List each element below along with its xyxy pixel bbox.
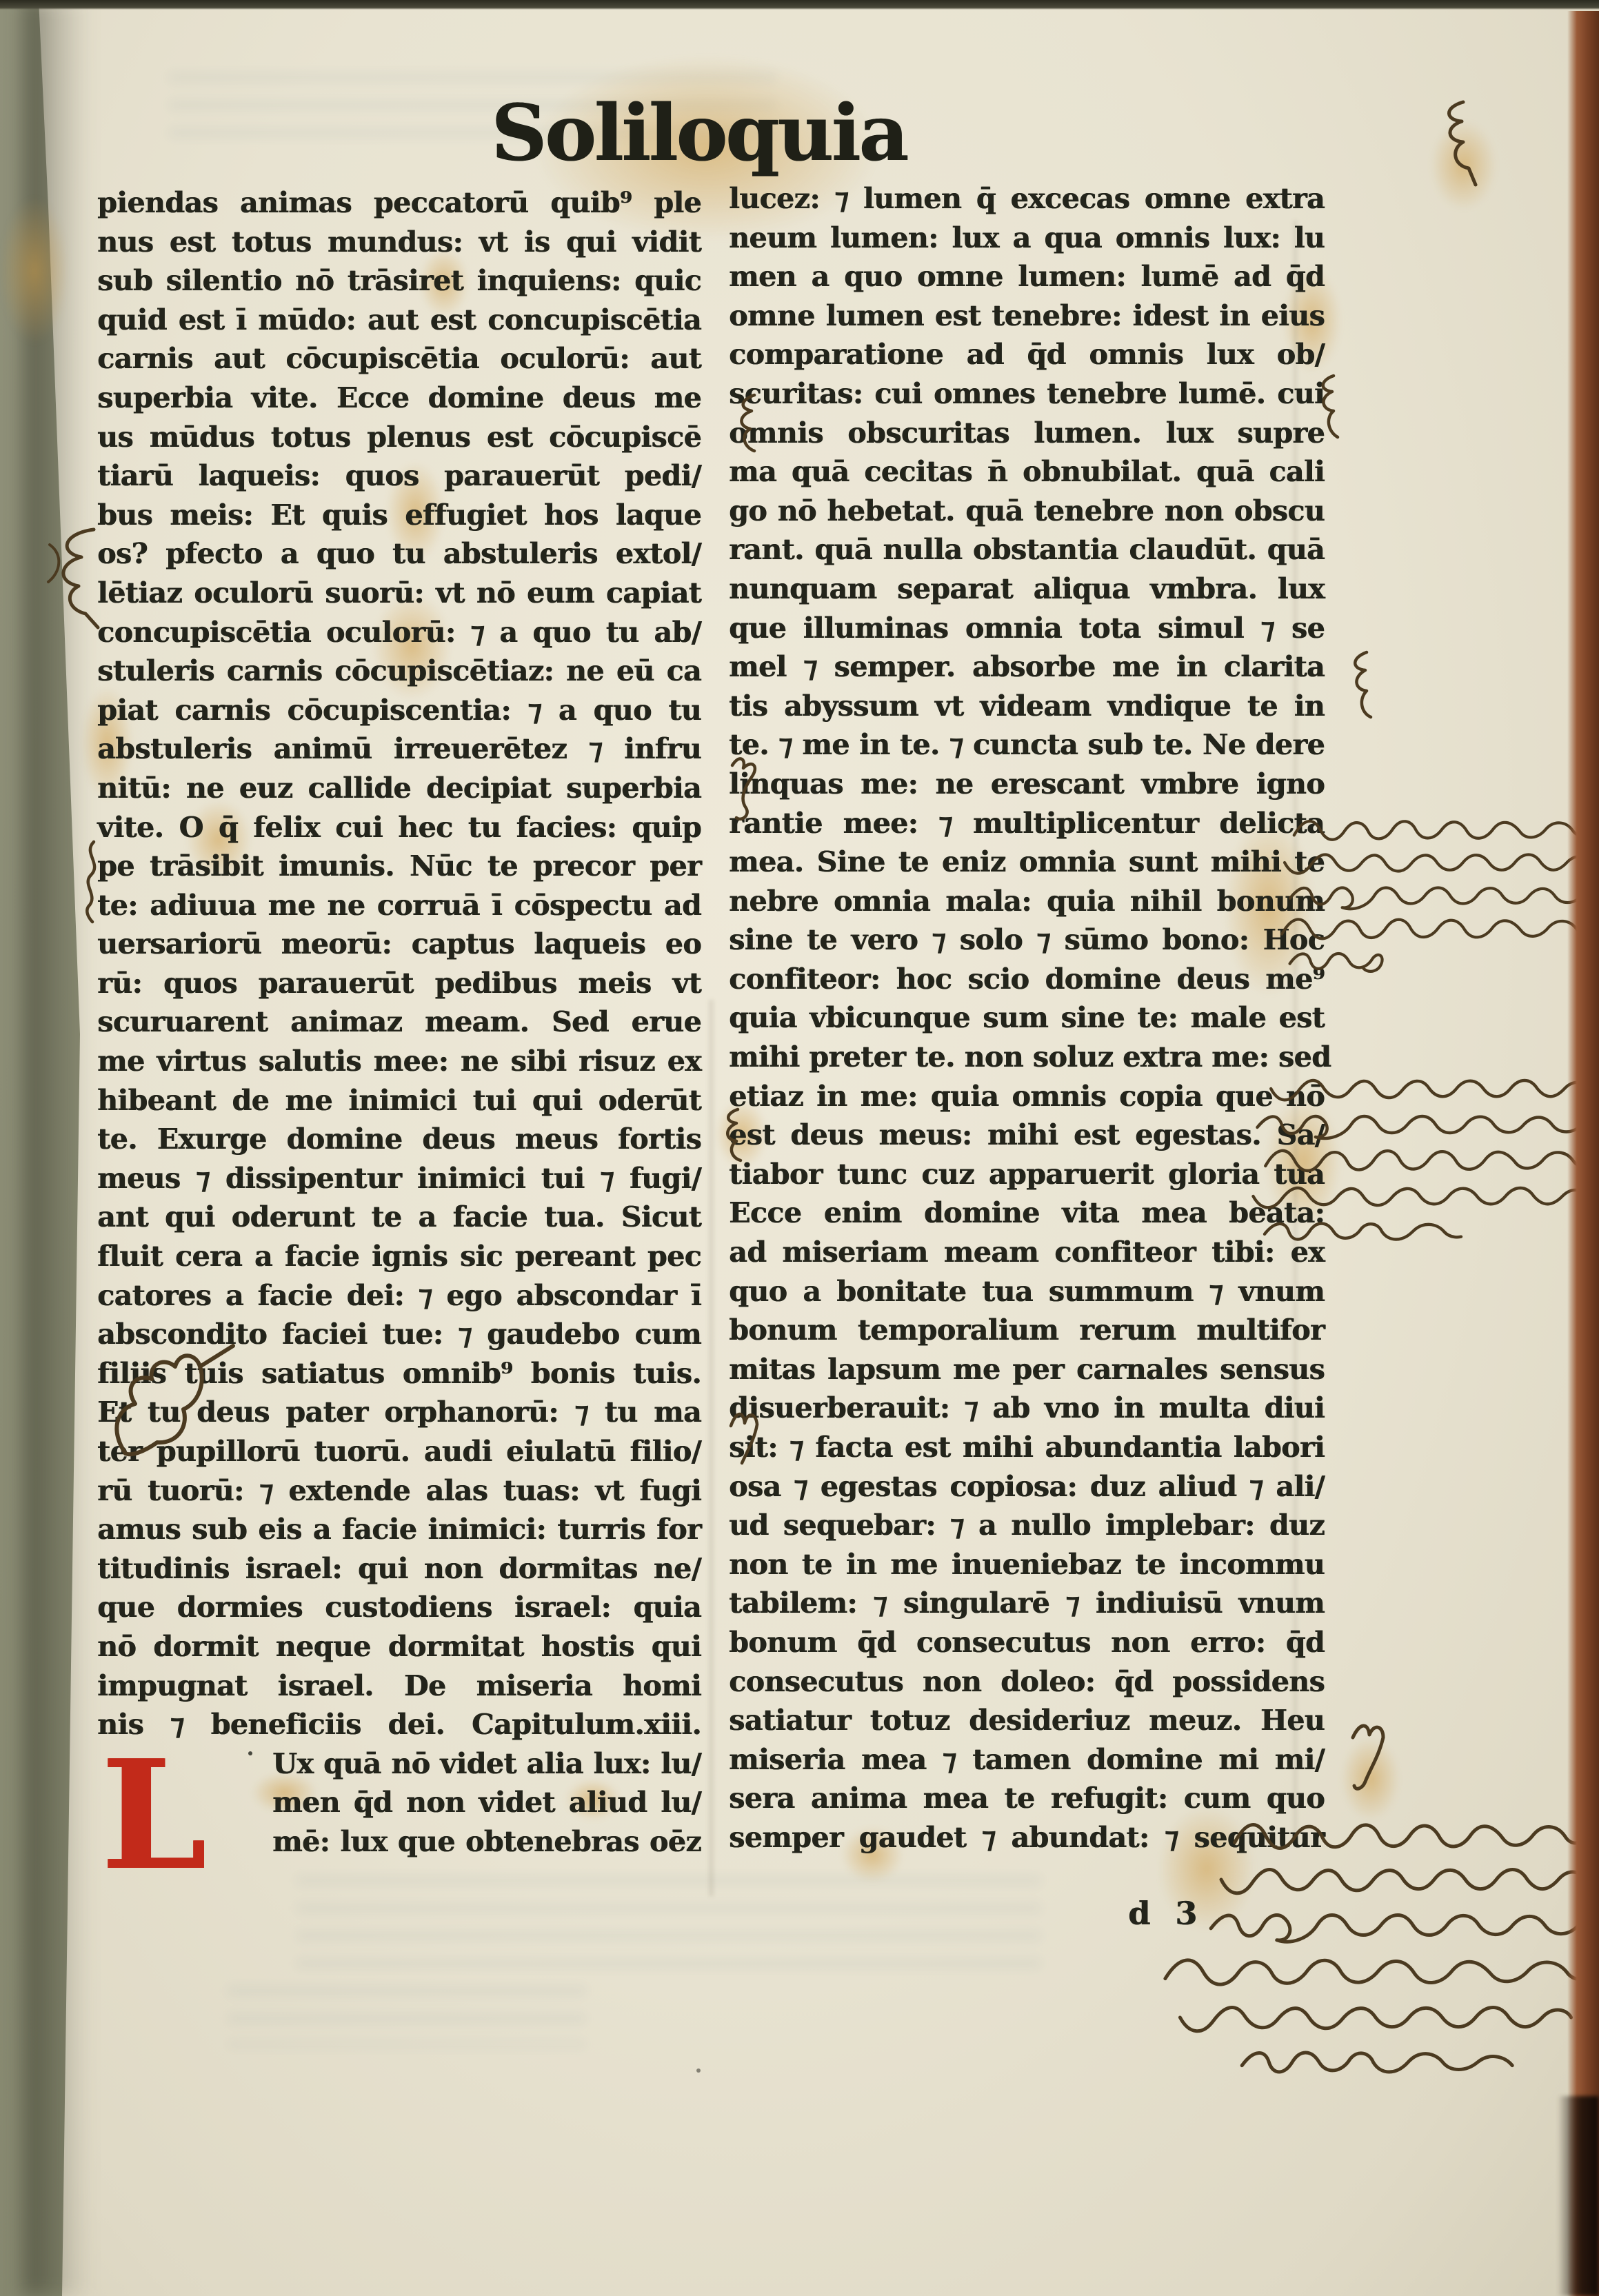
- text-line: que illuminas omnia tota simul ⁊ se: [729, 609, 1325, 648]
- text-line: rantie mee: ⁊ multiplicentur delicta: [729, 804, 1325, 843]
- text-line: me virtus salutis mee: ne sibi risuz ex: [97, 1042, 701, 1081]
- text-line: est deus meus: mihi est egestas. Sa/: [729, 1116, 1325, 1155]
- gutter-squiggle: [727, 1407, 763, 1469]
- text-line: stuleris carnis cōcupiscētiaz: ne eū ca: [97, 652, 701, 691]
- text-line: consecutus non doleo: q̄d possidens: [729, 1662, 1325, 1702]
- right-margin-note-1: [1277, 815, 1598, 987]
- top-board-edge: [0, 0, 1599, 10]
- gutter-squiggle: [718, 1107, 750, 1165]
- text-line: te: adiuua me ne corruā ī cōspectu ad: [97, 886, 701, 925]
- text-line: sub silentio nō trāsiret inquiens: quic: [97, 261, 701, 301]
- gutter-squiggle: [725, 753, 761, 825]
- text-line: omne lumen est tenebre: idest in eius: [729, 296, 1325, 336]
- gutter-crease: [709, 1000, 714, 1896]
- text-line: mea. Sine te eniz omnia sunt mihi te: [729, 843, 1325, 882]
- fore-edge: [1567, 11, 1599, 2296]
- text-line: men q̄d non videt aliud lu/: [272, 1783, 701, 1822]
- text-line: scuruarent animaz meam. Sed erue: [97, 1003, 701, 1042]
- text-line: tiabor tunc cuz apparuerit gloria tua: [729, 1155, 1325, 1194]
- text-line: sine te vero ⁊ solo ⁊ sūmo bono: Hoc: [729, 920, 1325, 960]
- text-line: Ux quā nō videt alia lux: lu/: [272, 1744, 701, 1784]
- rubricated-initial: L: [101, 1740, 206, 1891]
- text-line: tabilem: ⁊ singularē ⁊ indiuisū vnum: [729, 1584, 1325, 1623]
- bottom-right-note: [1127, 1817, 1599, 2106]
- text-line: impugnat israel. De miseria homi: [97, 1666, 701, 1706]
- text-line: hibeant de me inimici tui qui oderūt: [97, 1081, 701, 1120]
- paper-stain: [0, 197, 69, 345]
- text-line: ma quā cecitas n̄ obnubilat. quā cali: [729, 452, 1325, 492]
- gutter-squiggle: [732, 392, 765, 457]
- right-margin-squiggle: [1310, 372, 1353, 445]
- text-line: disuerberauit: ⁊ ab vno in multa diui: [729, 1389, 1325, 1428]
- text-line: te. ⁊ me in te. ⁊ cuncta sub te. Ne dere: [729, 725, 1325, 765]
- verso-showthrough: [228, 1986, 586, 2048]
- text-line: meus ⁊ dissipentur inimici tui ⁊ fugi/: [97, 1159, 701, 1198]
- text-line: ad miseriam meam confiteor tibi: ex: [729, 1233, 1325, 1272]
- text-line: nitū: ne euz callide decipiat superbia: [97, 769, 701, 808]
- text-line: tiarū laqueis: quos parauerūt pedi/: [97, 456, 701, 496]
- right-margin-squiggle: [1342, 648, 1383, 724]
- text-line: sit: ⁊ facta est mihi abundantia labori: [729, 1428, 1325, 1467]
- text-line: confiteor: hoc scio domine deus me⁹: [729, 960, 1325, 999]
- left-text-column: piendas animas peccatorū quib⁹ plenus es…: [97, 183, 701, 1862]
- text-line: mel ⁊ semper. absorbe me in clarita: [729, 647, 1325, 687]
- text-line: quia vbicunque sum sine te: male est: [729, 998, 1325, 1038]
- text-line: neum lumen: lux a qua omnis lux: lu: [729, 219, 1325, 258]
- text-line: sera anima mea te refugit: cum quo: [729, 1779, 1325, 1818]
- text-line: carnis aut cōcupiscētia oculorū: aut: [97, 339, 701, 379]
- right-margin-note-2: [1247, 1072, 1598, 1265]
- text-line: rant. quā nulla obstantia claudūt. quā: [729, 530, 1325, 570]
- text-line: tis abyssum vt videam vndique te in: [729, 687, 1325, 726]
- text-line: piat carnis cōcupiscentia: ⁊ a quo tu: [97, 691, 701, 730]
- text-line: go nō hebetat. quā tenebre non obscu: [729, 492, 1325, 531]
- text-line: mihi preter te. non soluz extra me: sed: [729, 1038, 1325, 1077]
- text-line: titudinis israel: qui non dormitas ne/: [97, 1549, 701, 1589]
- text-line: etiaz in me: quia omnis copia que nō: [729, 1077, 1325, 1116]
- left-margin-manicule: [102, 1338, 240, 1489]
- right-margin-squiggle: [1346, 1717, 1394, 1796]
- fore-edge-shadow: [1558, 2096, 1599, 2296]
- text-line: lētiaz oculorū suorū: vt nō eum capiat: [97, 574, 701, 613]
- text-line: nō dormit neque dormitat hostis qui: [97, 1627, 701, 1666]
- text-line: superbia vite. Ecce domine deus me: [97, 379, 701, 418]
- text-line: pe trāsibit imunis. Nūc te precor per: [97, 847, 701, 886]
- text-line: ant qui oderunt te a facie tua. Sicut: [97, 1198, 701, 1237]
- text-line: bonum q̄d consecutus non erro: q̄d: [729, 1623, 1325, 1662]
- text-line: omnis obscuritas lumen. lux supre: [729, 414, 1325, 453]
- text-line: linquas me: ne erescant vmbre igno: [729, 765, 1325, 804]
- text-line: miseria mea ⁊ tamen domine mi mi/: [729, 1740, 1325, 1780]
- text-line: nebre omnia mala: quia nihil bonum: [729, 882, 1325, 921]
- text-line: mitas lapsum me per carnales sensus: [729, 1350, 1325, 1389]
- text-line: rū: quos parauerūt pedibus meis vt: [97, 964, 701, 1003]
- page-title: Soliloquia: [491, 88, 905, 179]
- text-line: scuritas: cui omnes tenebre lumē. cui: [729, 374, 1325, 414]
- text-line: nunquam separat aliqua vmbra. lux: [729, 570, 1325, 609]
- text-line: ud sequebar: ⁊ a nullo implebar: duz: [729, 1506, 1325, 1545]
- text-line: vite. O q̄ felix cui hec tu facies: quip: [97, 808, 701, 847]
- left-margin-flourish: [36, 524, 119, 634]
- text-line: amus sub eis a facie inimici: turris for: [97, 1510, 701, 1549]
- text-line: quo a bonitate tua summum ⁊ vnum: [729, 1272, 1325, 1311]
- text-line: catores a facie dei: ⁊ ego abscondar ī: [97, 1276, 701, 1316]
- text-line: quid est ī mūdo: aut est concupiscētia: [97, 301, 701, 340]
- text-line: osa ⁊ egestas copiosa: duz aliud ⁊ ali/: [729, 1467, 1325, 1507]
- text-line: bus meis: Et quis effugiet hos laque: [97, 496, 701, 535]
- text-line: concupiscētia oculorū: ⁊ a quo tu ab/: [97, 613, 701, 652]
- text-line: Ecce enim domine vita mea beata:: [729, 1194, 1325, 1233]
- left-margin-squiggle: [77, 838, 109, 927]
- text-line: us mūdus totus plenus est cōcupiscē: [97, 418, 701, 457]
- text-line: mē: lux que obtenebras oēz: [272, 1822, 701, 1862]
- text-line: te. Exurge domine deus meus fortis: [97, 1120, 701, 1159]
- text-line: uersariorū meorū: captus laqueis eo: [97, 925, 701, 964]
- text-line: men a quo omne lumen: lumē ad q̄d: [729, 257, 1325, 296]
- right-text-column: lucez: ⁊ lumen q̄ excecas omne extraneum…: [729, 179, 1325, 1857]
- verso-showthrough: [296, 1875, 1041, 1979]
- right-margin-squiggle: [1436, 98, 1487, 191]
- text-line: comparatione ad q̄d omnis lux ob/: [729, 335, 1325, 374]
- text-line: non te in me inueniebaz te incommu: [729, 1545, 1325, 1584]
- text-line: fluit cera a facie ignis sic pereant pec: [97, 1237, 701, 1276]
- text-line: satiatur totuz desideriuz meuz. Heu: [729, 1701, 1325, 1740]
- ink-speck: [696, 2068, 701, 2073]
- text-line: lucez: ⁊ lumen q̄ excecas omne extra: [729, 179, 1325, 219]
- text-line: nus est totus mundus: vt is qui vidit: [97, 223, 701, 262]
- text-line: piendas animas peccatorū quib⁹ ple: [97, 183, 701, 223]
- text-line: os? pfecto a quo tu abstuleris extol/: [97, 534, 701, 574]
- text-line: que dormies custodiens israel: quia: [97, 1588, 701, 1627]
- text-line: bonum temporalium rerum multifor: [729, 1311, 1325, 1350]
- text-line: abstuleris animū irreuerētez ⁊ infru: [97, 729, 701, 769]
